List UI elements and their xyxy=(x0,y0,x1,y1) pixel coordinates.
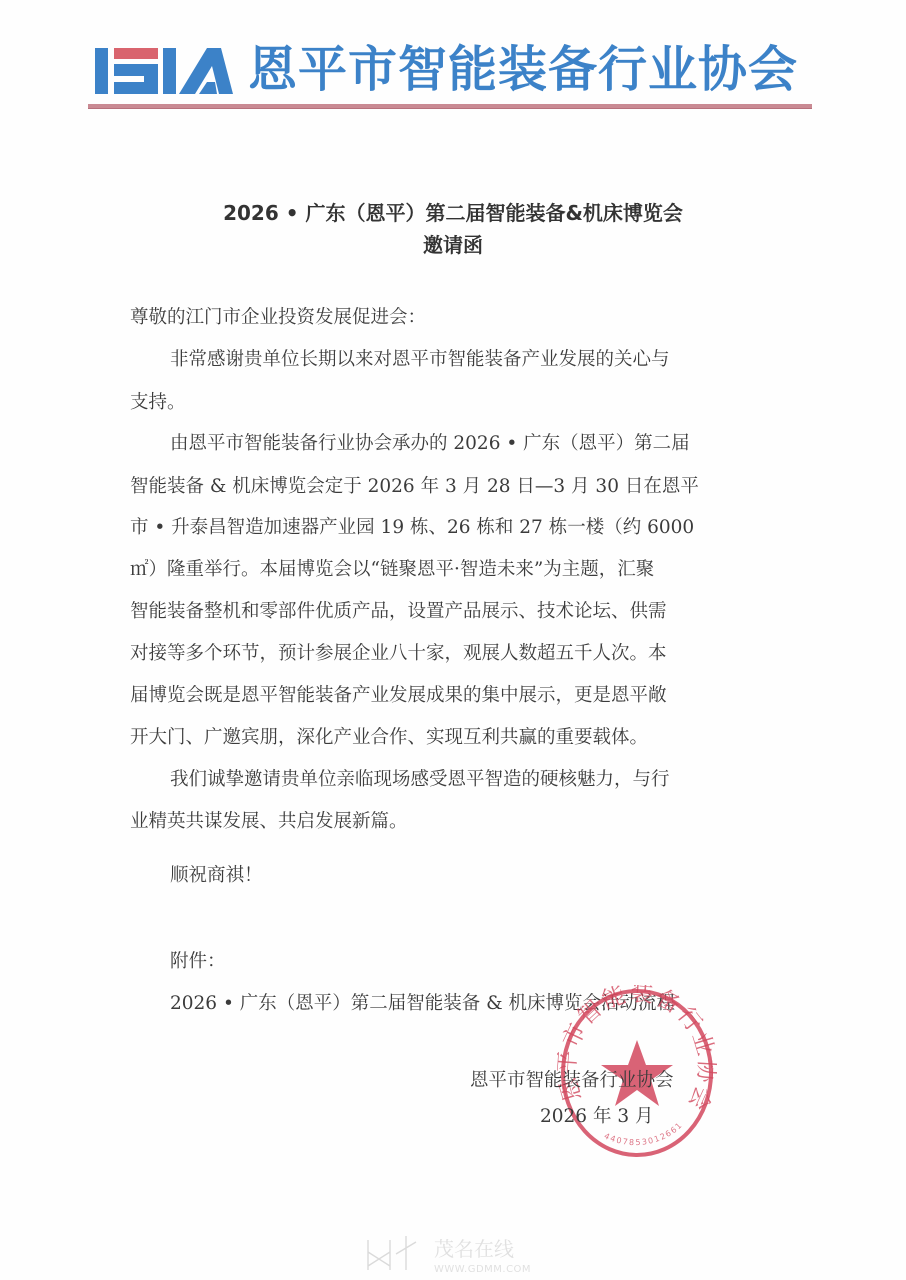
svg-text:WWW.GDMM.COM: WWW.GDMM.COM xyxy=(434,1264,531,1275)
paragraph-line: 我们诚挚邀请贵单位亲临现场感受恩平智造的硬核魅力，与行 xyxy=(170,768,670,792)
ieia-logo-icon xyxy=(95,46,233,96)
signature-organization: 恩平市智能装备行业协会 xyxy=(470,1066,674,1092)
watermark-logo-icon: 茂名在线 WWW.GDMM.COM xyxy=(360,1232,560,1276)
salutation: 尊敬的江门市企业投资发展促进会： xyxy=(130,306,426,330)
paragraph-line: 由恩平市智能装备行业协会承办的 2026 • 广东（恩平）第二届 xyxy=(170,432,690,456)
signature-date: 2026 年 3 月 xyxy=(540,1102,654,1128)
paragraph-line: 支持。 xyxy=(130,391,186,415)
attachment-label: 附件： xyxy=(170,950,226,974)
organization-name: 恩平市智能装备行业协会 xyxy=(248,34,798,106)
document-title: 2026 • 广东（恩平）第二届智能装备&机床博览会 xyxy=(0,197,906,226)
paragraph-line: 智能装备整机和零部件优质产品，设置产品展示、技术论坛、供需 xyxy=(130,600,667,624)
paragraph-line: 非常感谢贵单位长期以来对恩平市智能装备产业发展的关心与 xyxy=(170,348,670,372)
letterhead-divider xyxy=(88,104,812,109)
paragraph-line: 市 • 升泰昌智造加速器产业园 19 栋、26 栋和 27 栋一楼（约 6000 xyxy=(130,516,694,540)
letterhead: 恩平市智能装备行业协会 xyxy=(0,0,906,120)
document-subtitle: 邀请函 xyxy=(0,229,906,258)
paragraph-line: 对接等多个环节，预计参展企业八十家，观展人数超五千人次。本 xyxy=(130,642,667,666)
paragraph-line: 开大门、广邀宾朋，深化产业合作、实现互利共赢的重要载体。 xyxy=(130,726,648,750)
paragraph-line: 业精英共谋发展、共启发展新篇。 xyxy=(130,810,408,834)
paragraph-line: 届博览会既是恩平智能装备产业发展成果的集中展示，更是恩平敞 xyxy=(130,684,667,708)
paragraph-line: 智能装备 & 机床博览会定于 2026 年 3 月 28 日—3 月 30 日在… xyxy=(130,475,699,499)
watermark-brand: 茂名在线 xyxy=(434,1237,514,1261)
closing-greeting: 顺祝商祺！ xyxy=(170,864,263,888)
paragraph-line: ㎡）隆重举行。本届博览会以“链聚恩平·智造未来”为主题，汇聚 xyxy=(130,558,654,582)
